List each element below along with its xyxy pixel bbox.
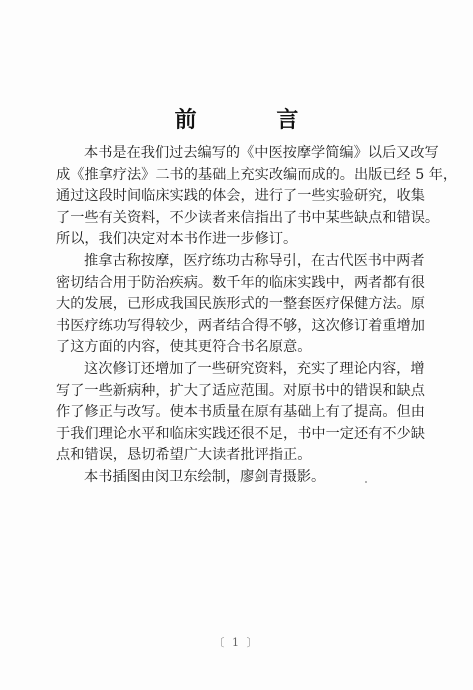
text-line: 密切结合用于防治疾病。数千年的临床实践中，两者都有很 (56, 273, 416, 295)
text-line: 了这方面的内容，使其更符合书名原意。 (56, 337, 416, 359)
text-line: 大的发展，已形成我国民族形式的一整套医疗保健方法。原 (56, 294, 416, 316)
page-title: 前 言 (0, 103, 473, 134)
page-number: 〔 1 〕 (0, 634, 473, 650)
paragraph-2: 推拿古称按摩，医疗练功古称导引，在古代医书中两者 密切结合用于防治疾病。数千年的… (56, 251, 416, 359)
text-line: 本书插图由闵卫东绘制，廖剑青摄影。 (56, 467, 416, 489)
text-line: 通过这段时间临床实践的体会，进行了一些实验研究，收集 (56, 186, 416, 208)
paragraph-3: 这次修订还增加了一些研究资料，充实了理论内容，增 写了一些新病种，扩大了适应范围… (56, 359, 416, 467)
text-line: 写了一些新病种，扩大了适应范围。对原书中的错误和缺点 (56, 381, 416, 403)
text-line: 推拿古称按摩，医疗练功古称导引，在古代医书中两者 (56, 251, 416, 273)
text-line: 点和错误，恳切希望广大读者批评指正。 (56, 445, 416, 467)
paragraph-1: 本书是在我们过去编写的《中医按摩学简编》以后又改写 成《推拿疗法》二书的基础上充… (56, 143, 416, 251)
paragraph-4: 本书插图由闵卫东绘制，廖剑青摄影。 (56, 467, 416, 489)
text-line: 了一些有关资料，不少读者来信指出了书中某些缺点和错误。 (56, 208, 416, 230)
scan-speck (365, 481, 367, 483)
text-line: 于我们理论水平和临床实践还很不足，书中一定还有不少缺 (56, 424, 416, 446)
text-line: 本书是在我们过去编写的《中医按摩学简编》以后又改写 (56, 143, 416, 165)
text-line: 这次修订还增加了一些研究资料，充实了理论内容，增 (56, 359, 416, 381)
document-page: 前 言 本书是在我们过去编写的《中医按摩学简编》以后又改写 成《推拿疗法》二书的… (0, 0, 473, 690)
text-line: 成《推拿疗法》二书的基础上充实改编而成的。出版已经 5 年， (56, 165, 416, 187)
text-line: 所以，我们决定对本书作进一步修订。 (56, 229, 416, 251)
text-line: 书医疗练功写得较少，两者结合得不够，这次修订着重增加 (56, 316, 416, 338)
preface-body: 本书是在我们过去编写的《中医按摩学简编》以后又改写 成《推拿疗法》二书的基础上充… (56, 143, 416, 489)
text-line: 作了修正与改写。使本书质量在原有基础上有了提高。但由 (56, 402, 416, 424)
